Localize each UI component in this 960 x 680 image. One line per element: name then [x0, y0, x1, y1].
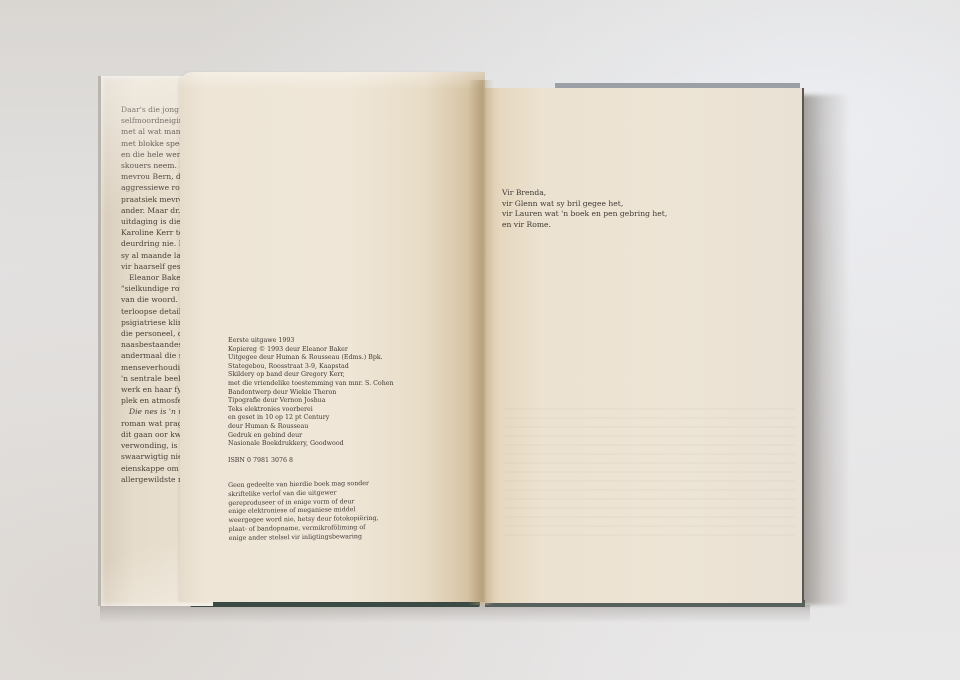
copyright-page: Eerste uitgawe 1993 Kopiereg © 1993 deur… — [180, 72, 485, 602]
book-shadow — [800, 95, 850, 605]
imprint-line: Nasionale Boekdrukkery, Goodwood — [228, 440, 394, 449]
dedication-page: Vir Brenda, vir Glenn wat sy bril gegee … — [485, 88, 804, 603]
dedication-line: en vir Rome. — [502, 220, 667, 231]
imprint-line: Stategebou, Roosstraat 3-9, Kaapstad — [228, 363, 394, 372]
imprint-line: Skildery op band deur Gregory Kerr, — [228, 371, 394, 380]
imprint-line: Bandontwerp deur Wiekie Theron — [228, 389, 394, 398]
imprint-line: met die vriendelike toestemming van mnr.… — [228, 380, 394, 389]
dedication-text: Vir Brenda, vir Glenn wat sy bril gegee … — [502, 188, 667, 230]
imprint-block: Eerste uitgawe 1993 Kopiereg © 1993 deur… — [228, 337, 394, 465]
dedication-line: Vir Brenda, — [502, 188, 667, 199]
imprint-line: Eerste uitgawe 1993 — [228, 337, 394, 346]
book-bottom-shadow — [100, 605, 810, 623]
book-gutter — [468, 80, 494, 605]
show-through-text — [505, 408, 795, 538]
imprint-line: Uitgegee deur Human & Rousseau (Edms.) B… — [228, 354, 394, 363]
imprint-line: Teks elektronies voorberei — [228, 406, 394, 415]
imprint-line: Kopiereg © 1993 deur Eleanor Baker — [228, 346, 394, 355]
imprint-line: deur Human & Rousseau — [228, 423, 394, 432]
rights-line: enige ander stelsel vir inligtingsbewari… — [229, 533, 379, 544]
isbn-number: ISBN 0 7981 3076 8 — [228, 457, 394, 466]
imprint-line: en geset in 10 op 12 pt Century — [228, 414, 394, 423]
dedication-line: vir Lauren wat 'n boek en pen gebring he… — [502, 209, 667, 220]
dedication-line: vir Glenn wat sy bril gegee het, — [502, 199, 667, 210]
imprint-line: Tipografie deur Vernon Joshua — [228, 397, 394, 406]
rights-notice: Geen gedeelte van hierdie boek mag sonde… — [228, 480, 379, 544]
imprint-line: Gedruk en gebind deur — [228, 432, 394, 441]
